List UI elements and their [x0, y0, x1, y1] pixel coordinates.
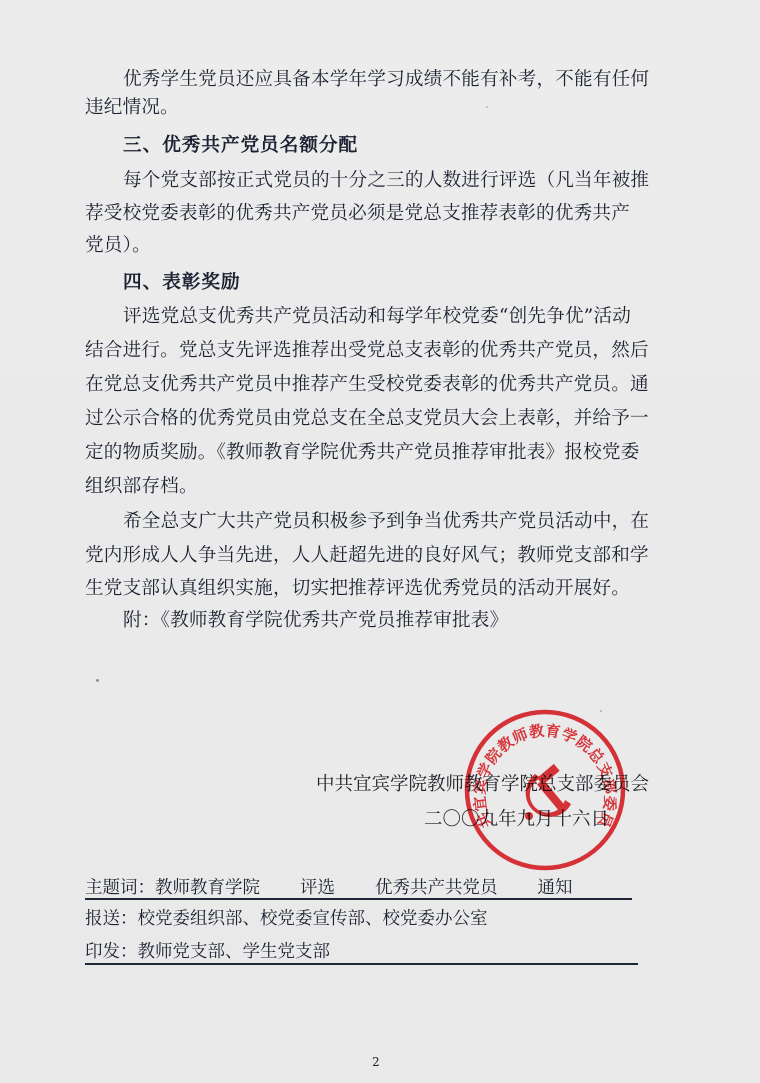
body-line: 每个党支部按正式党员的十分之三的人数进行评选（凡当年被推 [123, 170, 649, 192]
body-line: 评选党总支优秀共产党员活动和每学年校党委“创先争优”活动 [123, 306, 631, 328]
keyword: 优秀共产共党员 [375, 878, 498, 898]
keyword: 教师教育学院 [155, 878, 260, 898]
page-number: 2 [372, 1055, 380, 1069]
body-line: 过公示合格的优秀党员由党总支在全总支党员大会上表彰，并给予一 [85, 408, 649, 430]
body-line: 结合进行。党总支先评选推荐出受党总支表彰的优秀共产党员，然后 [85, 340, 649, 362]
body-line: 党内形成人人争当先进，人人赶超先进的良好风气；教师党支部和学 [85, 545, 649, 567]
body-line: 组织部存档。 [85, 476, 198, 498]
body-line: 党员）。 [85, 235, 151, 257]
body-line: 在党总支优秀共产党员中推荐产生受校党委表彰的优秀共产党员。通 [85, 374, 649, 396]
scan-speck [96, 679, 99, 682]
hammer-sickle-icon [525, 764, 571, 820]
body-line: 生党支部认真组织实施，切实把推荐评选优秀党员的活动开展好。 [85, 578, 630, 600]
body-line: 优秀学生党员还应具备本学年学习成绩不能有补考，不能有任何 [123, 69, 649, 91]
keyword: 评选 [300, 878, 335, 898]
keywords-label: 主题词： [85, 878, 155, 898]
body-line: 违纪情况。 [85, 97, 179, 119]
keyword: 通知 [538, 878, 573, 898]
footer-divider [85, 963, 638, 965]
document-page: 优秀学生党员还应具备本学年学习成绩不能有补考，不能有任何 违纪情况。 三、优秀共… [0, 0, 760, 1083]
report-to-line: 报送：校党委组织部、校党委宣传部、校党委办公室 [85, 908, 488, 930]
scan-speck [486, 106, 488, 108]
body-line: 定的物质奖励。《教师教育学院优秀共产党员推荐审批表》报校党委 [85, 442, 640, 464]
keywords-line: 主题词：教师教育学院评选优秀共产共党员通知 [85, 877, 573, 899]
official-seal-icon: 中共宜宾学院教师教育学院总支部委员会 [463, 708, 627, 872]
distribute-line: 印发：教师党支部、学生党支部 [85, 941, 330, 963]
attachment-line: 附：《教师教育学院优秀共产党员推荐审批表》 [123, 610, 508, 632]
footer-divider [85, 898, 632, 900]
body-line: 荐受校党委表彰的优秀共产党员必须是党总支推荐表彰的优秀共产 [85, 203, 630, 225]
section-heading-4: 四、表彰奖励 [123, 272, 241, 294]
body-line: 希全总支广大共产党员积极参予到争当优秀共产党员活动中，在 [123, 511, 649, 533]
section-heading-3: 三、优秀共产党员名额分配 [123, 135, 358, 157]
